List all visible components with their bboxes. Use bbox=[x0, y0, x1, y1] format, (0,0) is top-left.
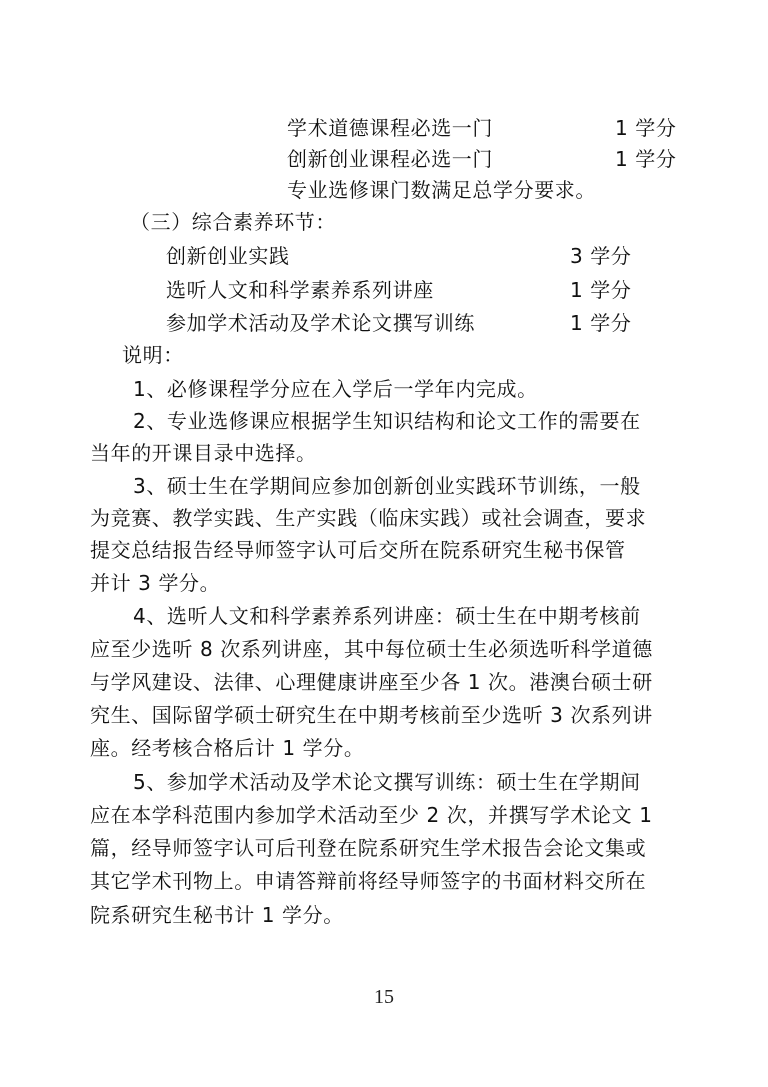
note-line: 应在本学科范围内参加学术活动至少 2 次，并撰写学术论文 1 bbox=[90, 803, 653, 827]
page-number: 15 bbox=[0, 986, 768, 1009]
elective-note: 专业选修课门数满足总学分要求。 bbox=[287, 178, 596, 202]
note-line: 4、选听人文和科学素养系列讲座：硕士生在中期考核前 bbox=[133, 604, 641, 628]
note-line: 篇，经导师签字认可后刊登在院系研究生学术报告会论文集或 bbox=[90, 836, 646, 860]
note-line: 5、参加学术活动及学术论文撰写训练：硕士生在学期间 bbox=[133, 770, 641, 794]
elective-item-label: 创新创业课程必选一门 bbox=[287, 147, 493, 171]
note-line: 2、专业选修课应根据学生知识结构和论文工作的需要在 bbox=[133, 409, 641, 433]
section3-item-label: 创新创业实践 bbox=[166, 244, 290, 268]
note-line: 当年的开课目录中选择。 bbox=[90, 441, 317, 465]
elective-item-credit: 1 学分 bbox=[615, 116, 676, 140]
section3-heading: （三）综合素养环节： bbox=[130, 210, 336, 234]
note-line: 为竞赛、教学实践、生产实践（临床实践）或社会调查，要求 bbox=[90, 506, 646, 530]
note-line: 座。经考核合格后计 1 学分。 bbox=[90, 736, 364, 760]
section3-item-credit: 1 学分 bbox=[570, 278, 631, 302]
section3-item-label: 参加学术活动及学术论文撰写训练 bbox=[166, 311, 475, 335]
note-line: 提交总结报告经导师签字认可后交所在院系研究生秘书保管 bbox=[90, 538, 626, 562]
note-line: 院系研究生秘书计 1 学分。 bbox=[90, 903, 344, 927]
note-line: 其它学术刊物上。申请答辩前将经导师签字的书面材料交所在 bbox=[90, 869, 646, 893]
note-line: 并计 3 学分。 bbox=[90, 571, 220, 595]
section3-item-label: 选听人文和科学素养系列讲座 bbox=[166, 278, 434, 302]
note-line: 3、硕士生在学期间应参加创新创业实践环节训练，一般 bbox=[133, 474, 641, 498]
note-line: 1、必修课程学分应在入学后一学年内完成。 bbox=[133, 377, 538, 401]
note-line: 究生、国际留学硕士研究生在中期考核前至少选听 3 次系列讲 bbox=[90, 703, 653, 727]
elective-item-credit: 1 学分 bbox=[615, 147, 676, 171]
section3-item-credit: 3 学分 bbox=[570, 244, 631, 268]
elective-item-label: 学术道德课程必选一门 bbox=[287, 116, 493, 140]
note-line: 应至少选听 8 次系列讲座，其中每位硕士生必须选听科学道德 bbox=[90, 637, 653, 661]
notes-heading: 说明： bbox=[122, 343, 184, 367]
note-line: 与学风建设、法律、心理健康讲座至少各 1 次。港澳台硕士研 bbox=[90, 670, 653, 694]
section3-item-credit: 1 学分 bbox=[570, 311, 631, 335]
